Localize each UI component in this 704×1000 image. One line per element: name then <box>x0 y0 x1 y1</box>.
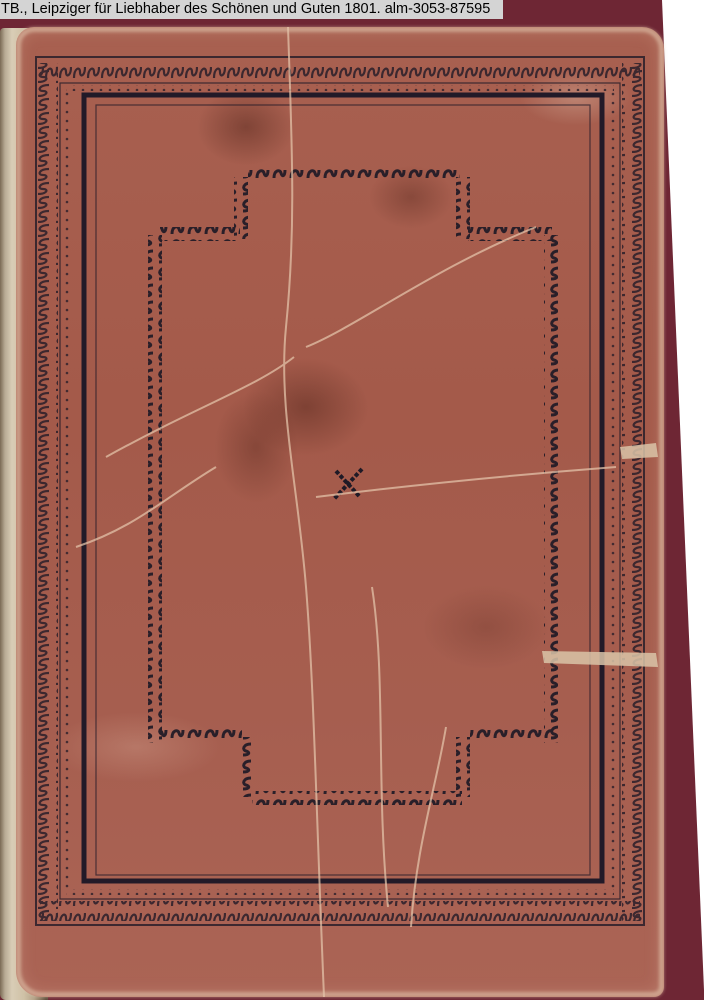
cross-shaped-wavy-frame <box>148 169 558 805</box>
image-caption: TB., Leipziger für Liebhaber des Schönen… <box>0 0 503 19</box>
cover-decoration <box>16 27 664 997</box>
book-cover <box>16 27 664 997</box>
